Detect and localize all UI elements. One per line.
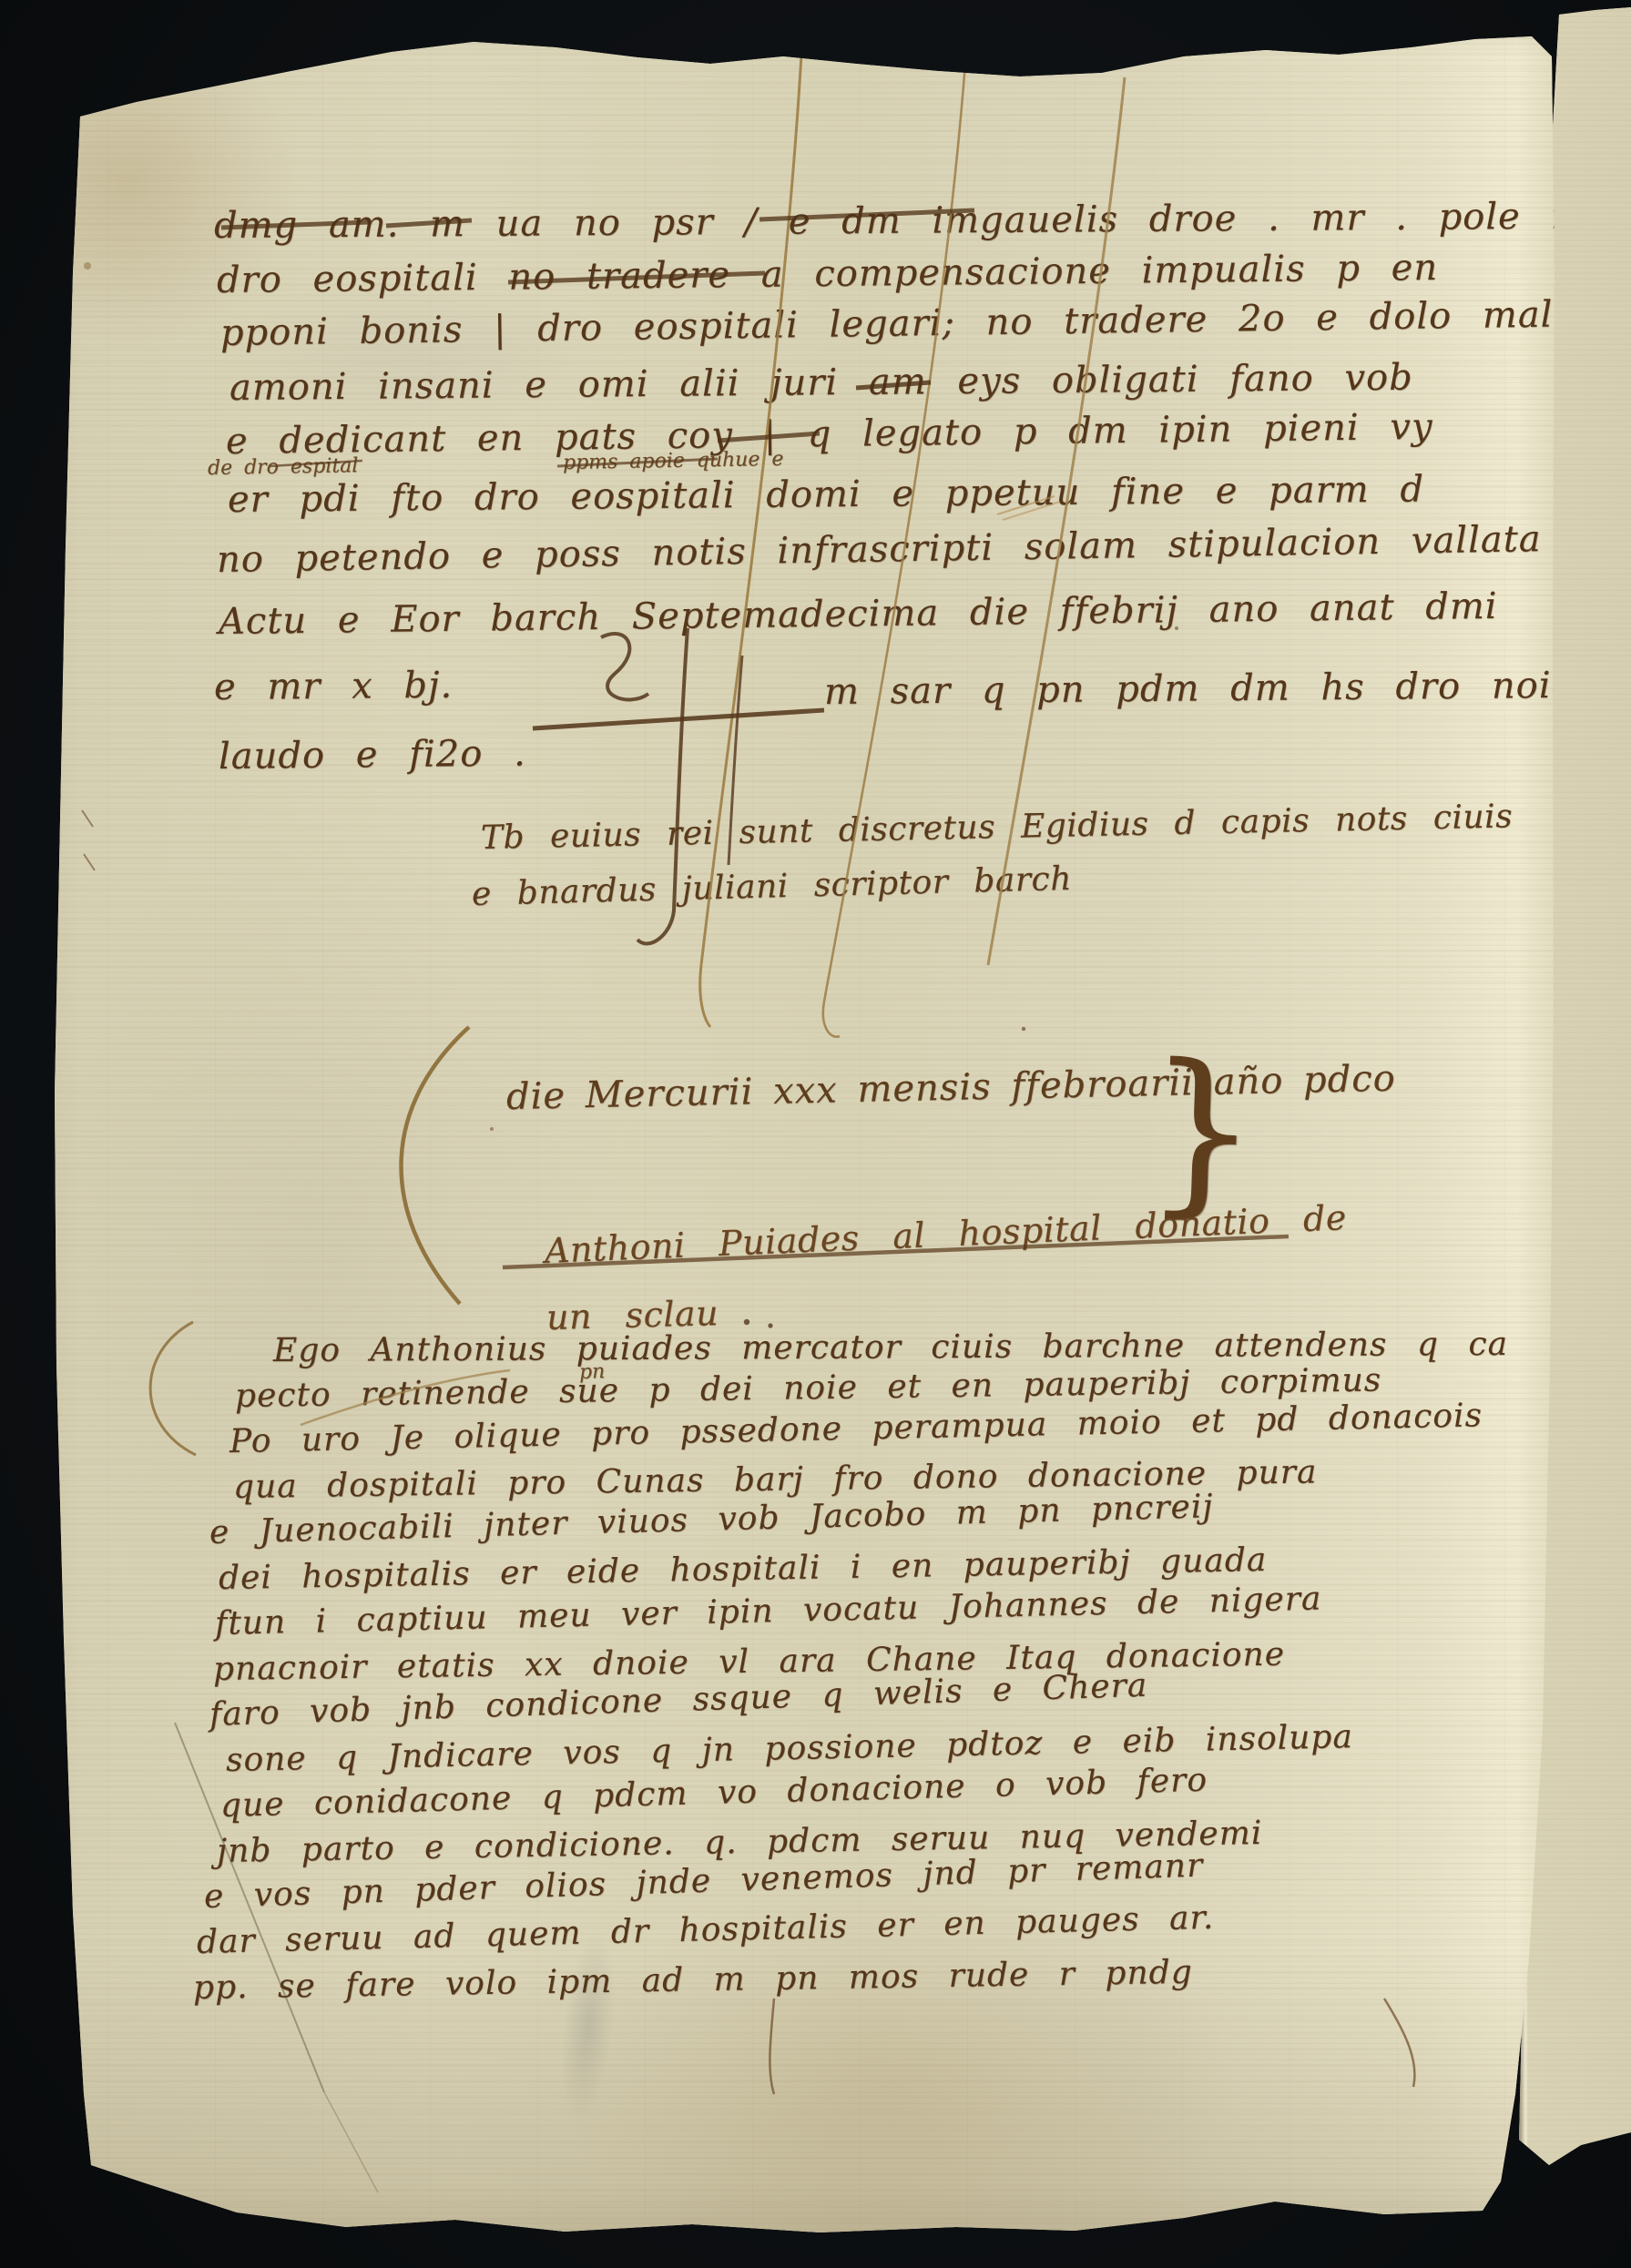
stain-speck bbox=[84, 262, 91, 270]
ink-dot bbox=[490, 1127, 494, 1131]
margin-tick bbox=[82, 810, 93, 827]
text-line: Actu e Eor barch Septemadecima die ffebr… bbox=[219, 585, 1498, 643]
text-line: e mr x bj. bbox=[214, 665, 454, 708]
grey-smudge bbox=[553, 1928, 624, 2124]
notarial-paraph bbox=[601, 634, 648, 700]
margin-note: de dro espital bbox=[208, 454, 359, 480]
descender-flourish bbox=[770, 1998, 774, 2094]
interlinear-note: ppms apoie quhue e bbox=[563, 448, 784, 474]
text-line: laudo e fi2o . bbox=[219, 732, 526, 778]
manuscript-page: dmg am. m ua no psr / e dm imgauelis dro… bbox=[0, 0, 1631, 2268]
ink-dot bbox=[744, 1319, 749, 1325]
photo-stage: dmg am. m ua no psr / e dm imgauelis dro… bbox=[0, 0, 1631, 2268]
text-line: er pdi fto dro eospitali domi e ppetuu f… bbox=[228, 469, 1424, 521]
rubric-line: Anthoni Puiades al hospital donatio de bbox=[544, 1197, 1347, 1271]
paper-crease bbox=[324, 2092, 378, 2192]
descender-flourish bbox=[1384, 1998, 1414, 2087]
witness-line: Tb euius rei sunt discretus Egidius d ca… bbox=[481, 798, 1514, 857]
ink-dot bbox=[1022, 1027, 1025, 1031]
opening-paren-flourish bbox=[402, 1027, 469, 1304]
left-flourish bbox=[150, 1322, 196, 1455]
date-heading: die Mercurii xxx mensis ffebroarii año p… bbox=[506, 1058, 1397, 1118]
text-line: pp. se fare volo ipm ad m pn mos rude r … bbox=[193, 1954, 1193, 2007]
text-line: dmg am. m ua no psr / e dm imgauelis dro… bbox=[214, 194, 1631, 247]
ink-dot bbox=[768, 1323, 772, 1327]
text-line: no petendo e poss notis infrascripti sol… bbox=[217, 518, 1542, 581]
margin-tick bbox=[84, 854, 95, 870]
witness-line: e bnardus juliani scriptor barch bbox=[471, 860, 1072, 913]
text-line: dro eospitali no tradere a compensacione… bbox=[217, 247, 1439, 301]
text-line: m sar q pn pdm dm hs dro noie bbox=[824, 665, 1575, 713]
notarial-paraph bbox=[533, 710, 824, 728]
